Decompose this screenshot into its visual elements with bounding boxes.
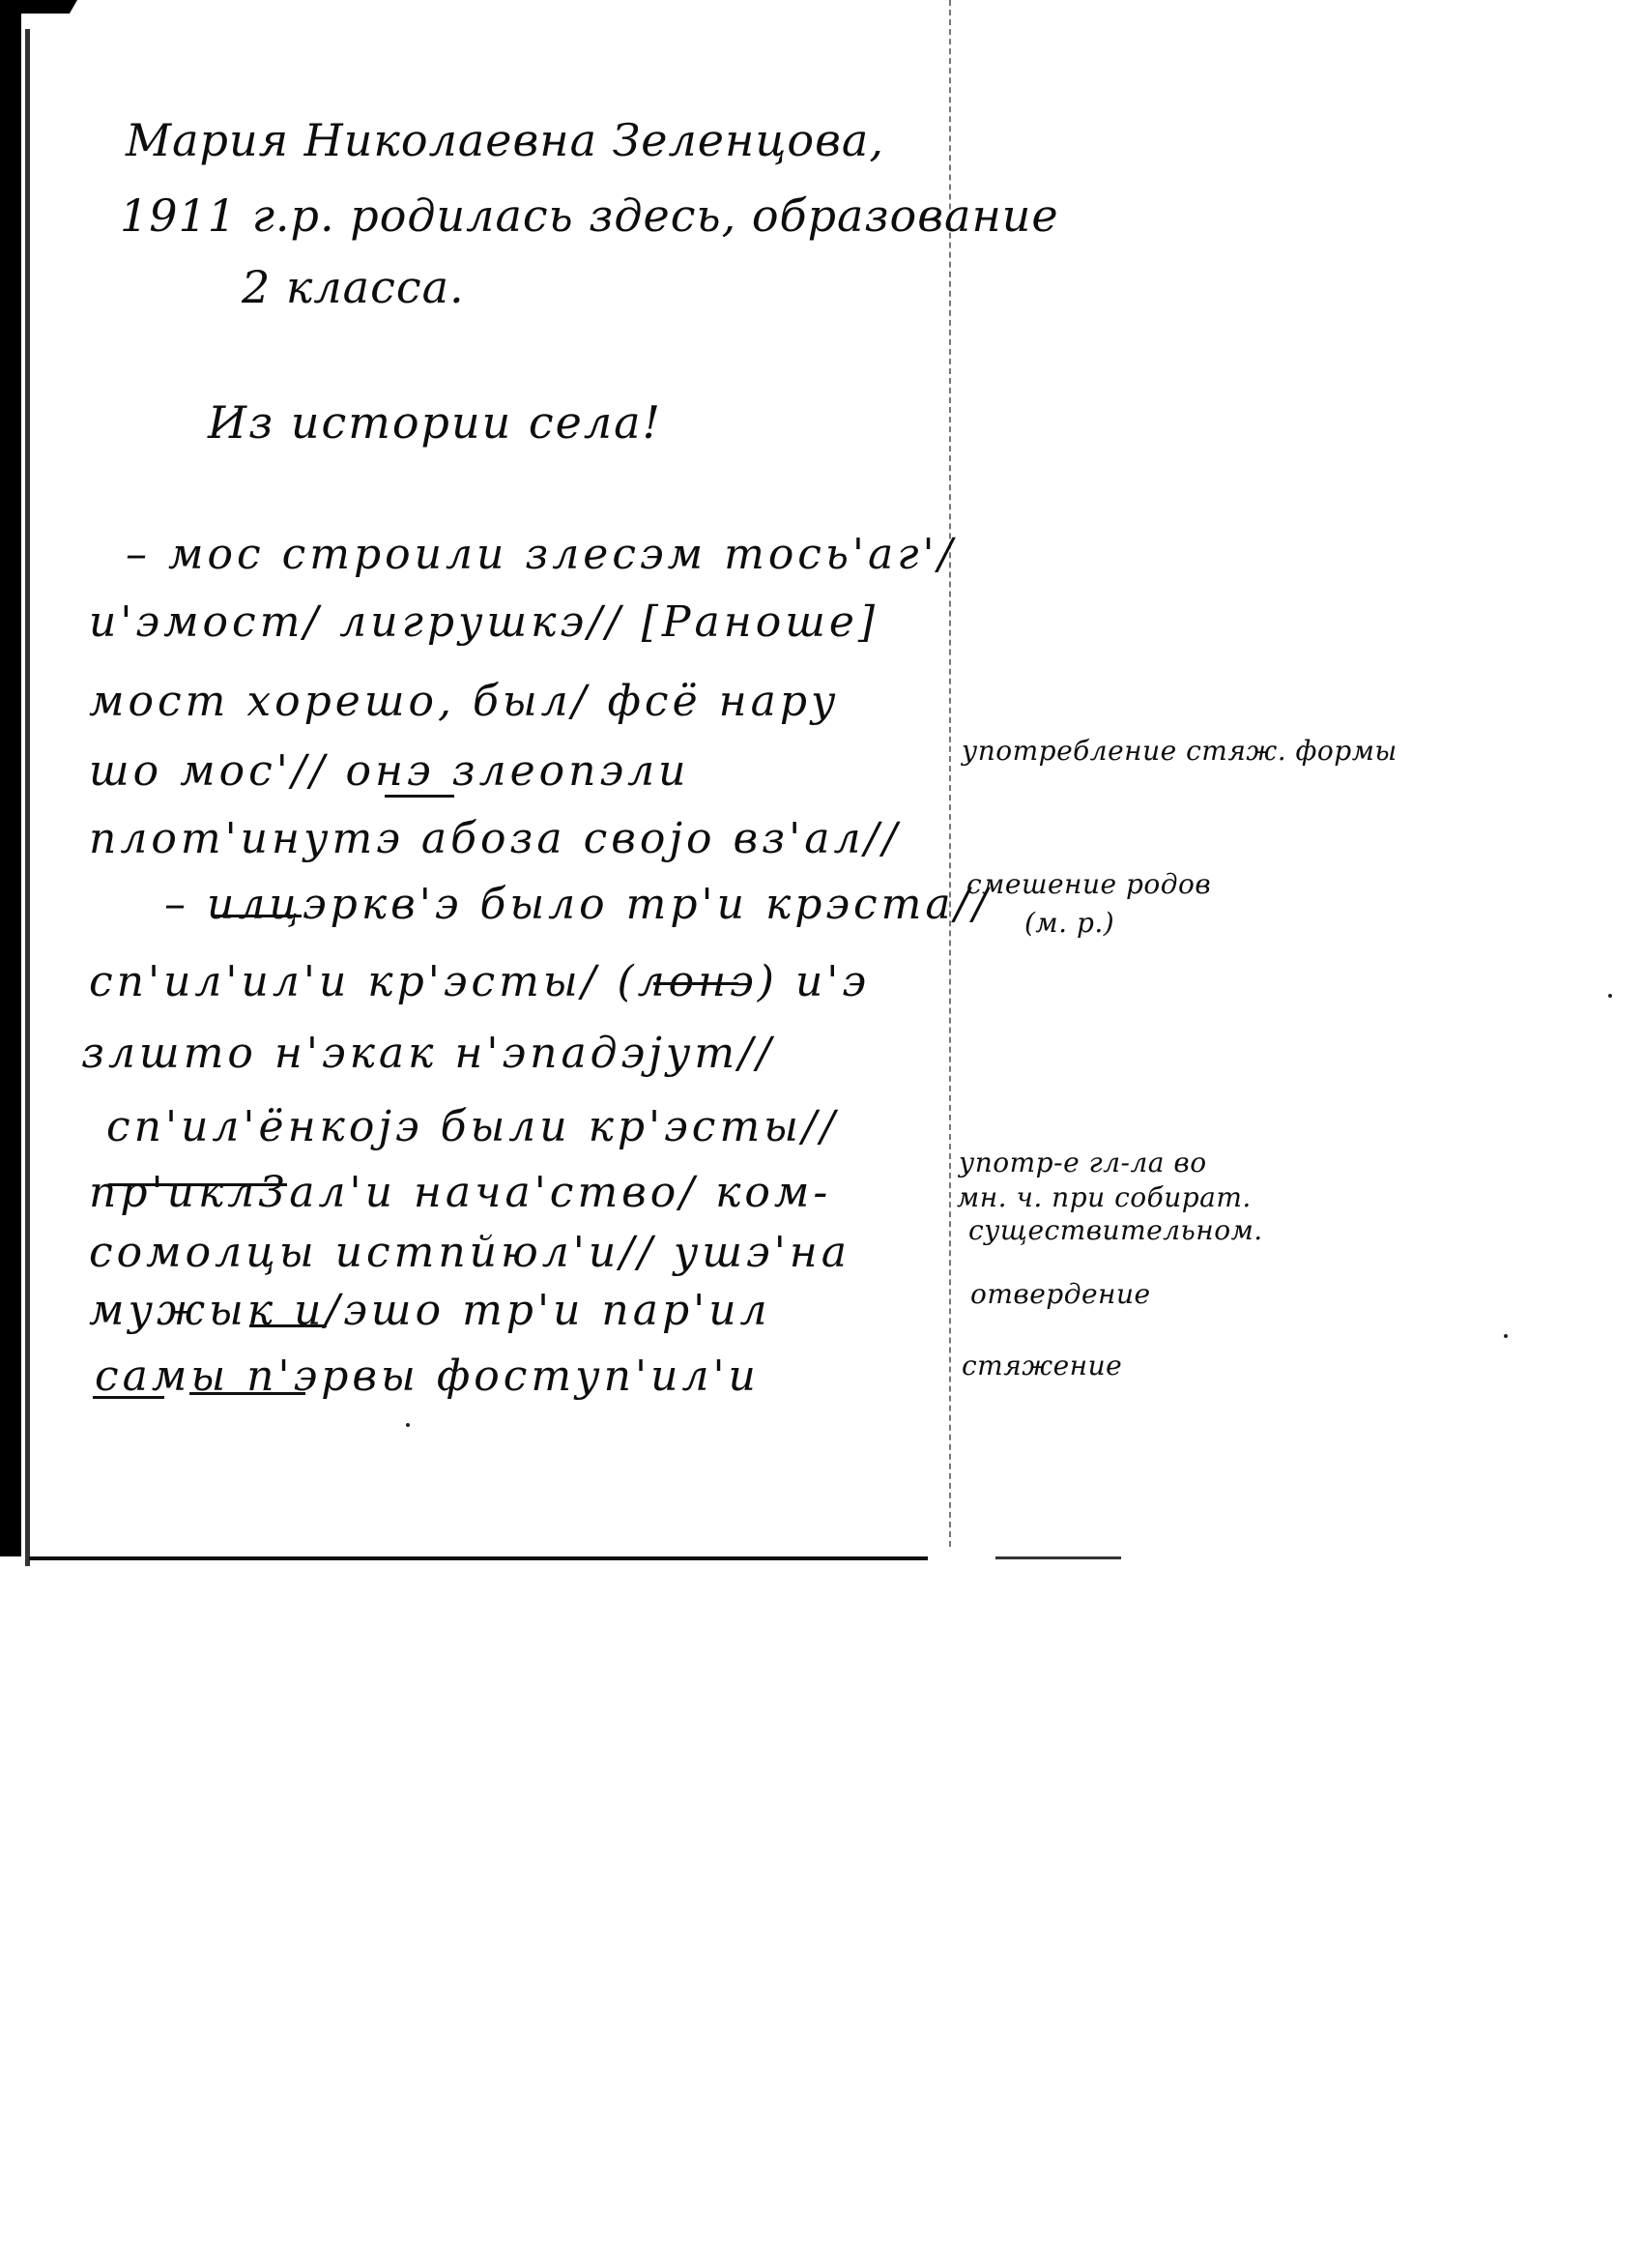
underline-mark (215, 915, 302, 917)
scan-speck (1608, 994, 1612, 998)
margin-note: (м. р.) (1024, 907, 1114, 939)
transcription-line: шо мос'// онэ злеопэли (89, 746, 689, 796)
speaker-education: 2 класса. (242, 261, 465, 313)
speaker-bio: 1911 г.р. родилась здесь, образование (120, 189, 1059, 242)
margin-note: употр-е гл-ла во (959, 1147, 1207, 1178)
transcription-line: пр'икл3ал'и нача'ство/ ком- (89, 1168, 831, 1217)
page-left-border (25, 29, 30, 1566)
underline-mark (385, 795, 454, 798)
underline-mark (189, 1392, 305, 1395)
transcription-line: плот'инутэ абоза своjо вз'ал// (89, 814, 901, 863)
scan-edge-left (0, 0, 21, 1556)
page-bottom-border-fragment (995, 1556, 1121, 1559)
transcription-line: мужык и/эшо тр'и пар'ил (89, 1286, 771, 1335)
transcription-line: сомолцы истпйюл'и// ушэ'на (89, 1228, 850, 1277)
transcription-line: злшто н'экак н'эпадэjут// (81, 1029, 775, 1078)
underline-mark (249, 1324, 327, 1327)
scan-speck (406, 1423, 410, 1427)
underline-mark (653, 982, 738, 985)
speaker-name: Мария Николаевна Зеленцова, (126, 114, 884, 166)
margin-note: существительном. (968, 1214, 1263, 1246)
scanned-page: Мария Николаевна Зеленцова, 1911 г.р. ро… (0, 0, 1643, 2268)
underline-mark (108, 1183, 287, 1186)
transcription-line: – мос строили злесэм тось'аг'/ (126, 530, 956, 579)
margin-note: употребление стяж. формы (962, 735, 1398, 767)
section-title: Из истории села! (208, 396, 662, 449)
margin-note: стяжение (962, 1350, 1122, 1381)
margin-note: мн. ч. при собират. (957, 1181, 1252, 1213)
transcription-line: – илцэркв'э было тр'и крэста// (164, 880, 991, 929)
scan-speck (1504, 1334, 1508, 1338)
page-bottom-border (29, 1556, 928, 1560)
transcription-line: и'эмост/ лигрушкэ// [Раноше] (89, 597, 879, 647)
transcription-line: мост хорешо, был/ фсё нару (89, 677, 840, 726)
margin-note: смешение родов (966, 868, 1211, 900)
underline-mark (93, 1396, 164, 1399)
transcription-line: сп'ил'ёнкоjэ были кр'эсты// (106, 1102, 839, 1151)
transcription-line: сп'ил'ил'и кр'эсты/ (лонэ) и'э (89, 957, 870, 1006)
margin-note: отвердение (970, 1278, 1151, 1310)
